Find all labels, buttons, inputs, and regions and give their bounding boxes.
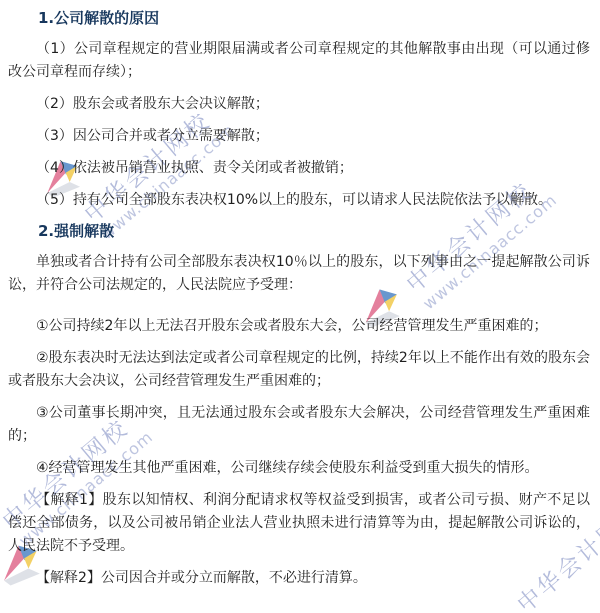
- paragraph: ③公司董事长期冲突，且无法通过股东会或者股东大会解决，公司经营管理发生严重困难的…: [8, 402, 590, 448]
- section-heading-dissolution-reasons: 1.公司解散的原因: [8, 8, 590, 28]
- paragraph: 【解释2】公司因合并或分立而解散，不必进行清算。: [8, 567, 590, 590]
- paragraph: （4）依法被吊销营业执照、责令关闭或者被撤销；: [8, 157, 590, 180]
- document-content: 1.公司解散的原因 （1）公司章程规定的营业期限届满或者公司章程规定的其他解散事…: [8, 8, 590, 590]
- paragraph: ④经营管理发生其他严重困难，公司继续存续会使股东利益受到重大损失的情形。: [8, 457, 590, 480]
- paragraph: ①公司持续2年以上无法召开股东会或者股东大会，公司经营管理发生严重困难的；: [8, 315, 590, 338]
- lecture-notes-page: 中华会计网校 www.chinaacc.com 中华会计网校 www.china…: [0, 0, 600, 613]
- paragraph: （3）因公司合并或者分立需要解散；: [8, 125, 590, 148]
- paragraph: ②股东表决时无法达到法定或者公司章程规定的比例，持续2年以上不能作出有效的股东会…: [8, 347, 590, 393]
- paragraph: （2）股东会或者股东大会决议解散；: [8, 93, 590, 116]
- paragraph: 单独或者合计持有公司全部股东表决权10％以上的股东，以下列事由之一提起解散公司诉…: [8, 251, 590, 297]
- paragraph: 【解释1】股东以知情权、利润分配请求权等权益受到损害，或者公司亏损、财产不足以偿…: [8, 489, 590, 558]
- paragraph: （5）持有公司全部股东表决权10%以上的股东，可以请求人民法院依法予以解散。: [8, 189, 590, 212]
- section-heading-forced-dissolution: 2.强制解散: [8, 221, 590, 241]
- paragraph: （1）公司章程规定的营业期限届满或者公司章程规定的其他解散事由出现（可以通过修改…: [8, 38, 590, 84]
